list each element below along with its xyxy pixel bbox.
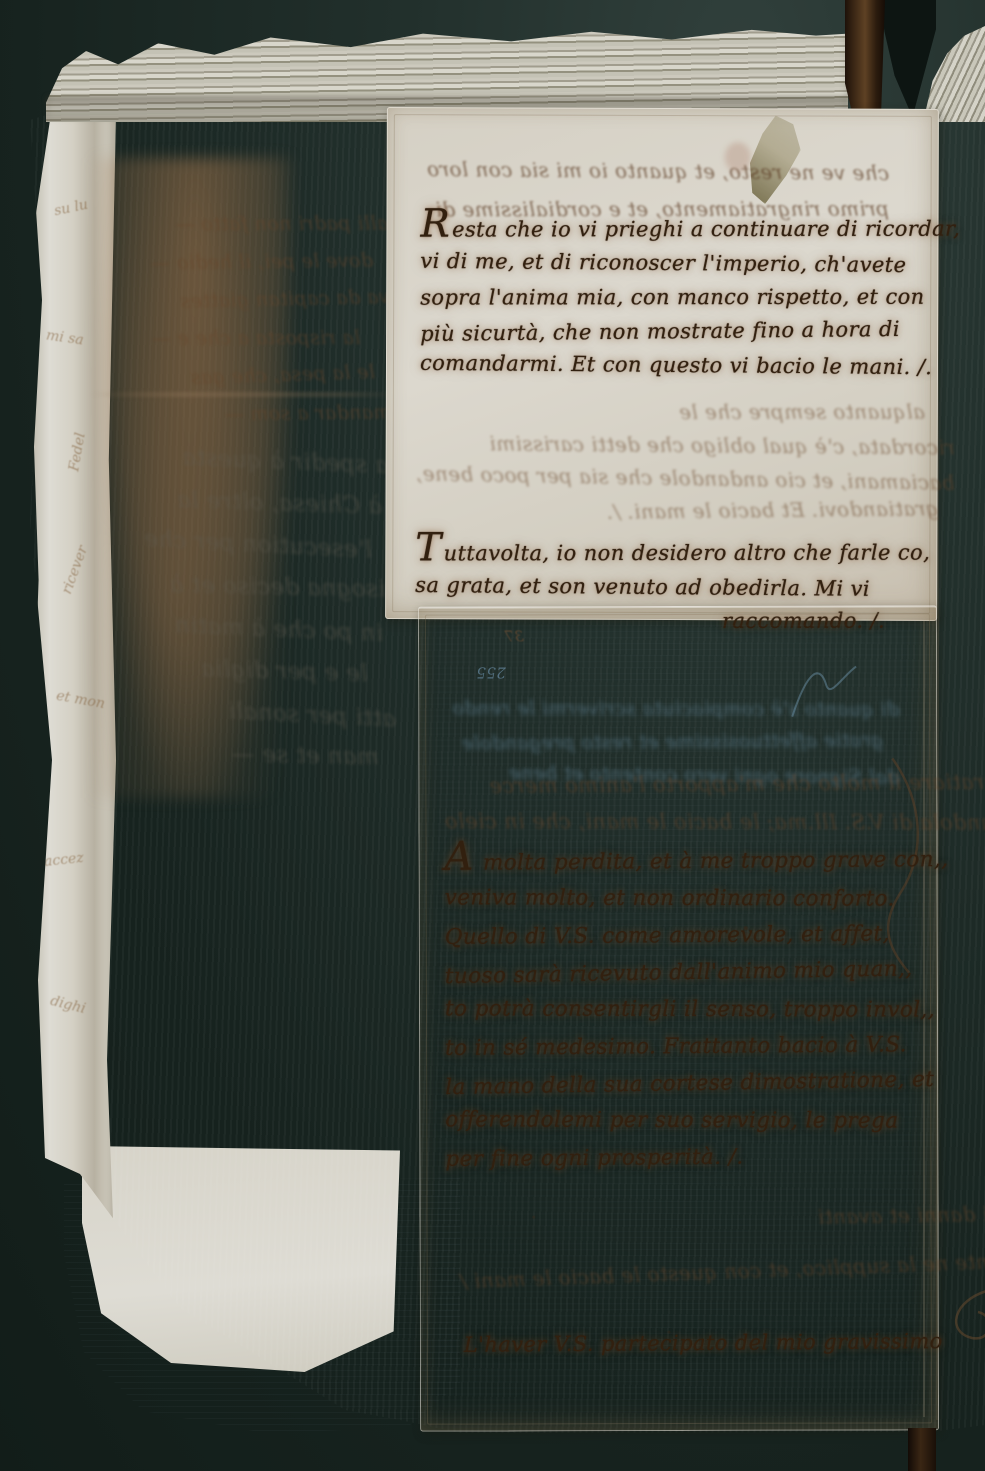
binding-strap-bottom (908, 1428, 936, 1471)
left-page-bleedthrough-lower: a spedir à questa e à Chiesa, oltre la l… (126, 435, 406, 780)
upper-letter: che ve ne resto, et quanto io mi sia con… (385, 107, 939, 621)
text-line: la mano della sua cortese dimostratione,… (445, 1061, 949, 1106)
lower-letter: 37 255 di quanto s'è compiaciuta scriver… (418, 605, 939, 1431)
upper-letter-paragraph-1: Resta che io vi prieghi a continuare di … (420, 211, 960, 383)
text-line: A molta perdita, et à me troppo grave co… (444, 841, 948, 882)
folio-number-brown: 37 (504, 627, 524, 645)
left-page-bleedthrough-upper: alli padri non fatto — dove le pei, il h… (113, 203, 392, 436)
text-line: sopra l'anima mia, con manco rispetto, e… (420, 280, 960, 315)
bleed-line: man et se — (126, 731, 379, 778)
manuscript-photo: alli padri non fatto — dove le pei, il h… (0, 0, 985, 1471)
bleed-line: di quanto s'è compiaciuta scrivermi le r… (452, 692, 899, 726)
lower-letter-bottom-line: L'haver V.S. partecipato del mio graviss… (464, 1329, 943, 1357)
text-line: per fine ogni prosperità. /. (445, 1137, 949, 1178)
text-line: Resta che io vi prieghi a continuare di … (420, 212, 960, 247)
bleed-line: alli padri non fatto — (113, 205, 388, 244)
bleed-line: le la pesa, che gas (115, 353, 375, 399)
bleed-line: la risposta a che e — (115, 319, 360, 358)
text-line: comandarmi. Et con questo vi bacio le ma… (420, 346, 960, 385)
lower-letter-bleed-brown-bottom: sua di danni et avanti Sentimente ne la … (459, 1191, 985, 1297)
bleed-line: mandar a som — (116, 393, 391, 434)
text-line: Tuttavolta, io non desidero altro che fa… (415, 536, 895, 571)
text-line: veniva molto, et non ordinario conforto. (445, 879, 949, 917)
text-line: tuoso sarà ricevuto dall'animo mio quan,… (445, 950, 949, 995)
bleed-line: che ve ne resto, et quanto io mi sia con… (427, 150, 890, 192)
text-line: to in sé medesimo. Frattanto bacio à V.S… (445, 1026, 949, 1067)
bleed-line: gratiandovi. Et bacio le mani. /. (415, 492, 938, 530)
text-line: offerendolemi per suo servigio, le prega (445, 1101, 949, 1139)
folio-number-blue: 255 (476, 663, 506, 681)
text-line: sa grata, et son venuto ad obedirla. Mi … (415, 568, 895, 606)
text-line: più sicurtà, che non mostrate fino a hor… (420, 311, 960, 351)
bleed-line: alquanto sempre che le (416, 396, 925, 430)
bleed-line: dove le pei, il hedio — (114, 242, 373, 283)
bleed-line: va da capitan giattes (114, 278, 390, 322)
text-line: Quello di V.S. come amorevole, et affet, (445, 915, 949, 956)
text-line: vi di me, et di riconoscer l'imperio, ch… (420, 244, 960, 283)
lower-letter-paragraph: A molta perdita, et à me troppo grave co… (445, 842, 950, 1176)
binding-strap-top (845, 0, 885, 116)
bleed-line: gratie affettuosissime et resto pregando… (452, 724, 883, 760)
upper-letter-bleed-mid: alquanto sempre che le ricordata, c'è qu… (415, 395, 955, 529)
text-line: to potrà consentirgli il senso, troppo i… (445, 990, 949, 1028)
